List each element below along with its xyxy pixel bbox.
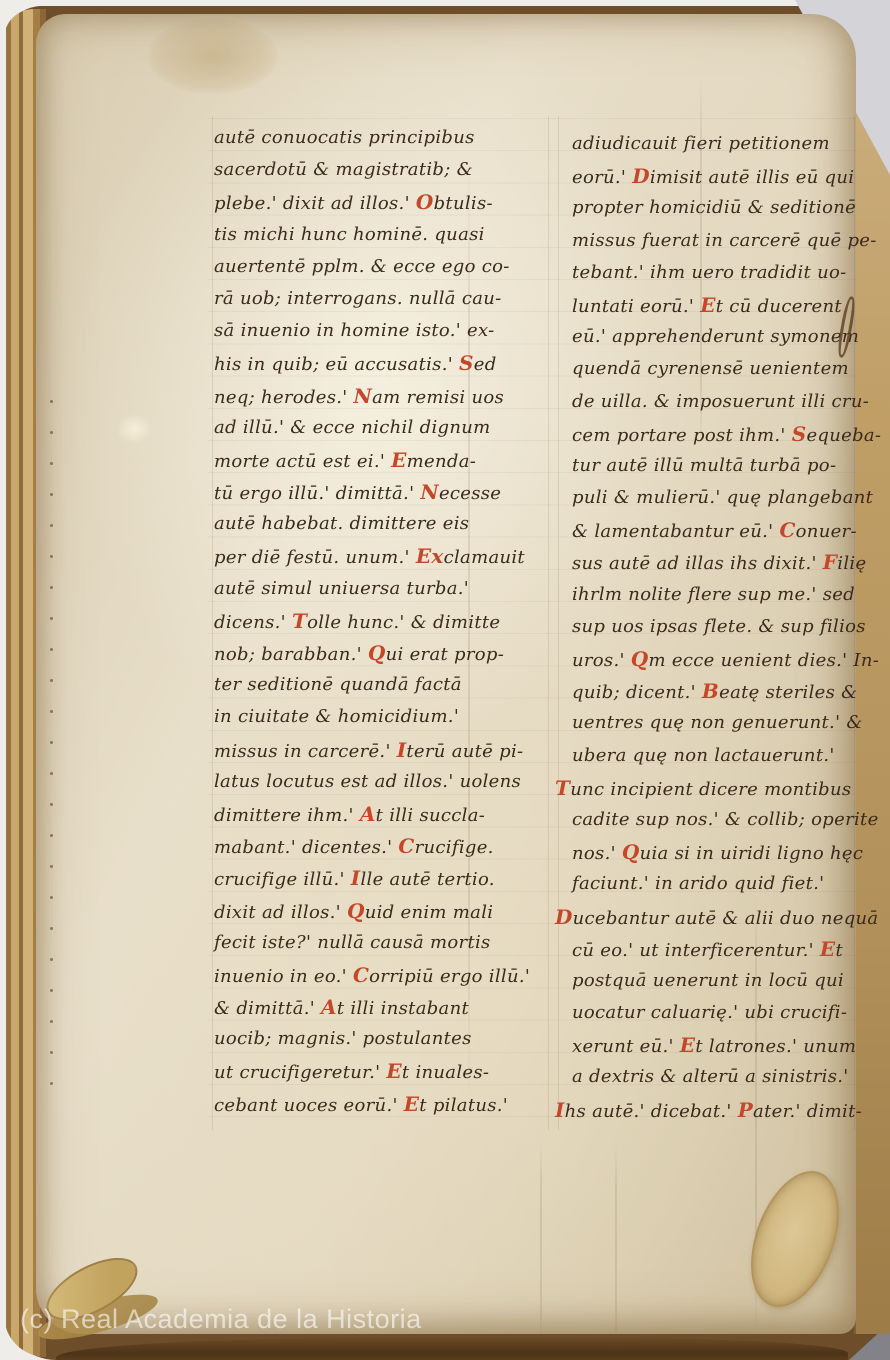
- rubric-initial: Q: [368, 641, 386, 665]
- text-line: sus autē ad illas ihs dixit.' Filię: [572, 546, 890, 578]
- pricking-hole: [50, 493, 53, 496]
- text-line: a dextris & alterū a sinistris.': [572, 1061, 890, 1093]
- text-line: per diē festū. unum.' Exclamauit: [214, 540, 566, 572]
- rubric-initial: E: [700, 293, 716, 317]
- pricking-hole: [50, 989, 53, 992]
- text-line: dicens.' Tolle hunc.' & dimitte: [214, 605, 566, 637]
- text-line: uocatur caluarię.' ubi crucifi-: [572, 997, 890, 1029]
- rubric-initial: S: [792, 422, 807, 446]
- text-line: propter homicidiū & seditionē: [572, 192, 890, 224]
- rubric-initial: C: [779, 518, 795, 542]
- text-line: tis michi hunc hominē. quasi: [214, 219, 566, 251]
- photo-background: autē conuocatis principibussacerdotū & m…: [0, 0, 890, 1360]
- text-line: sacerdotū & magistratib; &: [214, 154, 566, 186]
- rubric-initial: S: [459, 351, 474, 375]
- text-line: sā inuenio in homine isto.' ex-: [214, 315, 566, 347]
- text-line: ihrlm nolite flere sup me.' sed: [572, 579, 890, 611]
- text-line: inuenio in eo.' Corripiū ergo illū.': [214, 959, 566, 991]
- text-line: faciunt.' in arido quid fiet.': [572, 868, 890, 900]
- text-line: crucifige illū.' Ille autē tertio.: [214, 862, 566, 894]
- pricking-hole: [50, 896, 53, 899]
- text-line: his in quib; eū accusatis.' Sed: [214, 347, 566, 379]
- text-column-right: adiudicauit fieri petitionemeorū.' Dimis…: [572, 128, 890, 1126]
- text-line: tebant.' ihm uero tradidit uo-: [572, 257, 890, 289]
- rubric-initial: I: [555, 1098, 565, 1122]
- stain: [116, 414, 152, 444]
- text-line: uocib; magnis.' postulantes: [214, 1023, 566, 1055]
- copyright-watermark: (c) Real Academia de la Historia: [20, 1304, 422, 1335]
- text-line: neq; herodes.' Nam remisi uos: [214, 380, 566, 412]
- pricking-hole: [50, 648, 53, 651]
- pricking-hole: [50, 927, 53, 930]
- rubric-initial: C: [398, 834, 414, 858]
- rubric-initial: P: [738, 1098, 753, 1122]
- ruling-vertical: [212, 116, 213, 1130]
- rubric-initial: I: [397, 738, 407, 762]
- text-line: quib; dicent.' Beatę steriles &: [572, 675, 890, 707]
- text-line: Tunc incipient dicere montibus: [555, 772, 890, 804]
- text-line: in ciuitate & homicidium.': [214, 701, 566, 733]
- pricking-hole: [50, 524, 53, 527]
- book-bottom-edge: [56, 1338, 848, 1360]
- rubric-initial: Q: [631, 647, 649, 671]
- rubric-initial: O: [416, 190, 434, 214]
- text-line: morte actū est ei.' Emenda-: [214, 444, 566, 476]
- text-line: ad illū.' & ecce nichil dignum: [214, 412, 566, 444]
- text-line: sup uos ipsas flete. & sup filios: [572, 611, 890, 643]
- pricking-hole: [50, 741, 53, 744]
- rubric-initial: Ex: [416, 544, 444, 568]
- text-line: & dimittā.' At illi instabant: [214, 991, 566, 1023]
- text-line: Ducebantur autē & alii duo nequā: [555, 901, 890, 933]
- text-line: latus locutus est ad illos.' uolens: [214, 766, 566, 798]
- manuscript-page: autē conuocatis principibussacerdotū & m…: [36, 14, 856, 1334]
- text-line: Ihs autē.' dicebat.' Pater.' dimit-: [555, 1094, 890, 1126]
- text-line: de uilla. & imposuerunt illi cru-: [572, 386, 890, 418]
- pricking-hole: [50, 431, 53, 434]
- text-line: adiudicauit fieri petitionem: [572, 128, 890, 160]
- text-line: tū ergo illū.' dimittā.' Necesse: [214, 476, 566, 508]
- rubric-initial: C: [353, 963, 369, 987]
- text-line: nos.' Quia si in uiridi ligno hęc: [572, 836, 890, 868]
- parchment-flaw: [734, 1159, 856, 1319]
- text-line: postquā uenerunt in locū qui: [572, 965, 890, 997]
- text-line: ut crucifigeretur.' Et inuales-: [214, 1055, 566, 1087]
- rubric-initial: T: [292, 609, 307, 633]
- rubric-initial: F: [823, 550, 838, 574]
- pricking-hole: [50, 834, 53, 837]
- pricking-hole: [50, 462, 53, 465]
- text-line: cem portare post ihm.' Sequeba-: [572, 418, 890, 450]
- rubric-initial: D: [632, 164, 650, 188]
- pricking-hole: [50, 772, 53, 775]
- text-line: tur autē illū multā turbā po-: [572, 450, 890, 482]
- pricking-hole: [50, 803, 53, 806]
- pricking-hole: [50, 1020, 53, 1023]
- rubric-initial: E: [404, 1092, 420, 1116]
- text-line: fecit iste?' nullā causā mortis: [214, 927, 566, 959]
- parchment-crease: [540, 1144, 542, 1344]
- rubric-initial: N: [420, 480, 439, 504]
- text-line: plebe.' dixit ad illos.' Obtulis-: [214, 186, 566, 218]
- text-line: ter seditionē quandā factā: [214, 669, 566, 701]
- text-line: cadite sup nos.' & collib; operite: [572, 804, 890, 836]
- rubric-initial: A: [321, 995, 337, 1019]
- pricking-holes: [50, 400, 54, 1110]
- pricking-hole: [50, 958, 53, 961]
- rubric-initial: E: [391, 448, 407, 472]
- text-line: puli & mulierū.' quę plangebant: [572, 482, 890, 514]
- rubric-initial: D: [555, 905, 573, 929]
- text-line: uentres quę non genuerunt.' &: [572, 707, 890, 739]
- rubric-initial: E: [680, 1033, 696, 1057]
- pricking-hole: [50, 710, 53, 713]
- text-line: quendā cyrenensē uenientem: [572, 353, 890, 385]
- text-column-left: autē conuocatis principibussacerdotū & m…: [214, 122, 566, 1120]
- text-line: cebant uoces eorū.' Et pilatus.': [214, 1088, 566, 1120]
- text-line: nob; barabban.' Qui erat prop-: [214, 637, 566, 669]
- pricking-hole: [50, 1051, 53, 1054]
- text-line: & lamentabantur eū.' Conuer-: [572, 514, 890, 546]
- text-line: dimittere ihm.' At illi succla-: [214, 798, 566, 830]
- stain: [148, 18, 278, 94]
- text-line: missus fuerat in carcerē quē pe-: [572, 225, 890, 257]
- rubric-initial: A: [360, 802, 376, 826]
- pricking-hole: [50, 617, 53, 620]
- pricking-hole: [50, 400, 53, 403]
- text-line: autē simul uniuersa turba.': [214, 573, 566, 605]
- pricking-hole: [50, 1082, 53, 1085]
- rubric-initial: Q: [622, 840, 640, 864]
- rubric-initial: Q: [347, 899, 365, 923]
- rubric-initial: E: [386, 1059, 402, 1083]
- pricking-hole: [50, 679, 53, 682]
- text-line: uros.' Qm ecce uenient dies.' In-: [572, 643, 890, 675]
- text-line: ubera quę non lactauerunt.': [572, 740, 890, 772]
- text-line: missus in carcerē.' Iterū autē pi-: [214, 734, 566, 766]
- text-line: xerunt eū.' Et latrones.' unum: [572, 1029, 890, 1061]
- text-line: autē conuocatis principibus: [214, 122, 566, 154]
- rubric-initial: I: [351, 866, 361, 890]
- pricking-hole: [50, 555, 53, 558]
- text-line: cū eo.' ut interficerentur.' Et: [572, 933, 890, 965]
- rubric-initial: B: [702, 679, 719, 703]
- pricking-hole: [50, 865, 53, 868]
- rubric-initial: E: [820, 937, 836, 961]
- text-line: autē habebat. dimittere eis: [214, 508, 566, 540]
- rubric-initial: N: [354, 384, 373, 408]
- text-line: mabant.' dicentes.' Crucifige.: [214, 830, 566, 862]
- text-line: dixit ad illos.' Quid enim mali: [214, 895, 566, 927]
- parchment-crease: [615, 1144, 617, 1354]
- text-line: auertentē pplm. & ecce ego co-: [214, 251, 566, 283]
- text-line: eorū.' Dimisit autē illis eū qui: [572, 160, 890, 192]
- text-line: rā uob; interrogans. nullā cau-: [214, 283, 566, 315]
- pricking-hole: [50, 586, 53, 589]
- rubric-initial: T: [555, 776, 570, 800]
